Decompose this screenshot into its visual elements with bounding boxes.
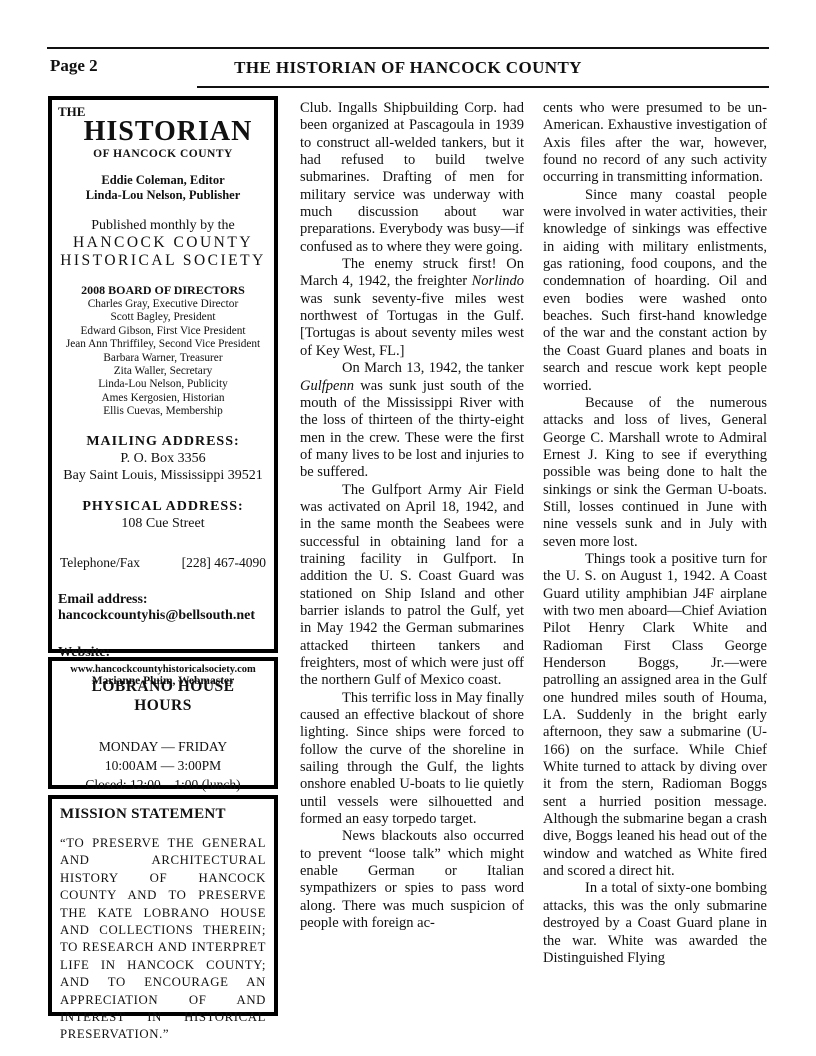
header-top-rule (47, 47, 769, 49)
article-paragraph: Things took a positive turn for the U. S… (543, 551, 767, 881)
hours-lines: MONDAY — FRIDAY 10:00AM — 3:00PM Closed:… (56, 737, 270, 794)
article-paragraph: In a total of sixty-one bombing attacks,… (543, 880, 767, 967)
board-member: Linda-Lou Nelson, Publicity (58, 378, 268, 391)
hours-days: MONDAY — FRIDAY (56, 737, 270, 756)
article-paragraph: News blackouts also occurred to prevent … (300, 828, 524, 932)
org-name-line2: HISTORICAL SOCIETY (58, 252, 268, 270)
board-list: Charles Gray, Executive Director Scott B… (58, 298, 268, 419)
masthead-title: HISTORIAN (58, 116, 268, 148)
email-heading: Email address: (58, 592, 268, 608)
editor-credit: Eddie Coleman, Editor (58, 173, 268, 188)
board-heading: 2008 BOARD OF DIRECTORS (58, 283, 268, 298)
physical-address-line1: 108 Cue Street (58, 515, 268, 532)
article-paragraph: Because of the numerous attacks and loss… (543, 395, 767, 551)
hours-title: LOBRANO HOUSE HOURS (56, 677, 270, 715)
masthead-subtitle: OF HANCOCK COUNTY (58, 148, 268, 160)
newsletter-page: Page 2 THE HISTORIAN OF HANCOCK COUNTY T… (0, 0, 816, 1056)
phone-label: Telephone/Fax (60, 555, 140, 571)
masthead-box: THE HISTORIAN OF HANCOCK COUNTY Eddie Co… (48, 96, 278, 653)
org-name-line1: HANCOCK COUNTY (58, 234, 268, 252)
mailing-address-line2: Bay Saint Louis, Mississippi 39521 (58, 467, 268, 484)
mailing-address-line1: P. O. Box 3356 (58, 450, 268, 467)
published-by-line: Published monthly by the (58, 218, 268, 234)
board-member: Edward Gibson, First Vice President (58, 325, 268, 338)
article-paragraph: Club. Ingalls Shipbuilding Corp. had bee… (300, 100, 524, 256)
mission-text: “TO PRESERVE THE GENERAL AND ARCHITECTUR… (60, 835, 266, 1044)
article-paragraph: On March 13, 1942, the tanker Gulfpenn w… (300, 360, 524, 481)
mission-box: MISSION STATEMENT “TO PRESERVE THE GENER… (48, 795, 278, 1016)
mailing-address-heading: MAILING ADDRESS: (58, 434, 268, 450)
physical-address-heading: PHYSICAL ADDRESS: (58, 499, 268, 515)
header-bottom-rule (197, 86, 769, 88)
phone-row: Telephone/Fax [228] 467-4090 (58, 555, 268, 571)
article-column-middle: Club. Ingalls Shipbuilding Corp. had bee… (300, 100, 524, 933)
article-paragraph: The enemy struck first! On March 4, 1942… (300, 256, 524, 360)
newsletter-header-title: THE HISTORIAN OF HANCOCK COUNTY (0, 58, 816, 78)
hours-title-line2: HOURS (56, 696, 270, 715)
board-member: Ames Kergosien, Historian (58, 392, 268, 405)
article-paragraph: Since many coastal people were involved … (543, 187, 767, 395)
article-paragraph: The Gulfport Army Air Field was activate… (300, 482, 524, 690)
hours-times: 10:00AM — 3:00PM (56, 756, 270, 775)
sidebar: THE HISTORIAN OF HANCOCK COUNTY Eddie Co… (48, 96, 278, 1016)
article-column-right: cents who were presumed to be un-America… (543, 100, 767, 967)
hours-box: LOBRANO HOUSE HOURS MONDAY — FRIDAY 10:0… (48, 657, 278, 789)
board-member: Jean Ann Thriffiley, Second Vice Preside… (58, 338, 268, 351)
article-paragraph: cents who were presumed to be un-America… (543, 100, 767, 187)
board-member: Ellis Cuevas, Membership (58, 405, 268, 418)
board-member: Charles Gray, Executive Director (58, 298, 268, 311)
board-member: Scott Bagley, President (58, 311, 268, 324)
board-member: Zita Waller, Secretary (58, 365, 268, 378)
publisher-credit: Linda-Lou Nelson, Publisher (58, 188, 268, 203)
phone-value: [228] 467-4090 (182, 555, 266, 571)
hours-title-line1: LOBRANO HOUSE (56, 677, 270, 696)
hours-closed: Closed: 12:00—1:00 (lunch) (56, 775, 270, 794)
email-value: hancockcountyhis@bellsouth.net (58, 608, 268, 624)
board-member: Barbara Warner, Treasurer (58, 352, 268, 365)
article-paragraph: This terrific loss in May finally caused… (300, 690, 524, 829)
website-url: www.hancockcountyhistoricalsociety.com (58, 664, 268, 675)
mission-heading: MISSION STATEMENT (60, 806, 266, 823)
